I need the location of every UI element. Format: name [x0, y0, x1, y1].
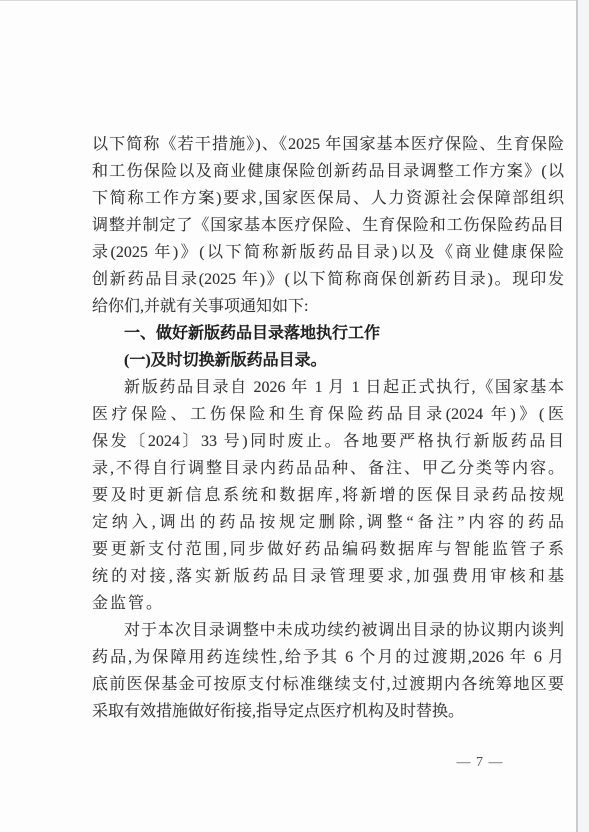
document-body: 以下简称《若干措施》)、《2025 年国家基本医疗保险、生育保险 和工伤保险以及… [92, 131, 564, 725]
doc-line: 新版药品目录自 2026 年 1 月 1 日起正式执行,《国家基本 [92, 374, 564, 401]
doc-line: 统的对接,落实新版药品目录管理要求,加强费用审核和基 [92, 563, 564, 590]
scan-right-edge-line [576, 0, 578, 832]
doc-line: 对于本次目录调整中未成功续约被调出目录的协议期内谈判 [92, 617, 564, 644]
doc-line: 录,不得自行调整目录内药品品种、备注、甲乙分类等内容。 [92, 455, 564, 482]
doc-line: 金监管。 [92, 590, 564, 617]
scan-top-edge-line [0, 0, 589, 1]
doc-line: 定纳入,调出的药品按规定删除,调整“备注”内容的药品 [92, 509, 564, 536]
doc-line: 采取有效措施做好衔接,指导定点医疗机构及时替换。 [92, 698, 564, 725]
doc-line: 保发〔2024〕33 号)同时废止。各地要严格执行新版药品目 [92, 428, 564, 455]
doc-line: 医疗保险、工伤保险和生育保险药品目录(2024 年)》(医 [92, 401, 564, 428]
scan-right-margin [578, 0, 589, 832]
doc-line: 录(2025 年)》(以下简称新版药品目录)以及《商业健康保险 [92, 239, 564, 266]
scanned-document-page: 以下简称《若干措施》)、《2025 年国家基本医疗保险、生育保险 和工伤保险以及… [0, 0, 589, 832]
doc-line: 底前医保基金可按原支付标准继续支付,过渡期内各统筹地区要 [92, 671, 564, 698]
subsection-heading: (一)及时切换新版药品目录。 [92, 347, 564, 374]
doc-line: 要更新支付范围,同步做好药品编码数据库与智能监管子系 [92, 536, 564, 563]
doc-line: 和工伤保险以及商业健康保险创新药品目录调整工作方案》(以 [92, 158, 564, 185]
section-heading: 一、做好新版药品目录落地执行工作 [92, 320, 564, 347]
page-number: — 7 — [430, 752, 530, 774]
doc-line: 创新药品目录(2025 年)》(以下简称商保创新药目录)。现印发 [92, 266, 564, 293]
doc-line: 给你们,并就有关事项通知如下: [92, 293, 564, 320]
doc-line: 以下简称《若干措施》)、《2025 年国家基本医疗保险、生育保险 [92, 131, 564, 158]
doc-line: 调整并制定了《国家基本医疗保险、生育保险和工伤保险药品目 [92, 212, 564, 239]
doc-line: 要及时更新信息系统和数据库,将新增的医保目录药品按规 [92, 482, 564, 509]
doc-line: 下简称工作方案)要求,国家医保局、人力资源社会保障部组织 [92, 185, 564, 212]
doc-line: 药品,为保障用药连续性,给予其 6 个月的过渡期,2026 年 6 月 [92, 644, 564, 671]
